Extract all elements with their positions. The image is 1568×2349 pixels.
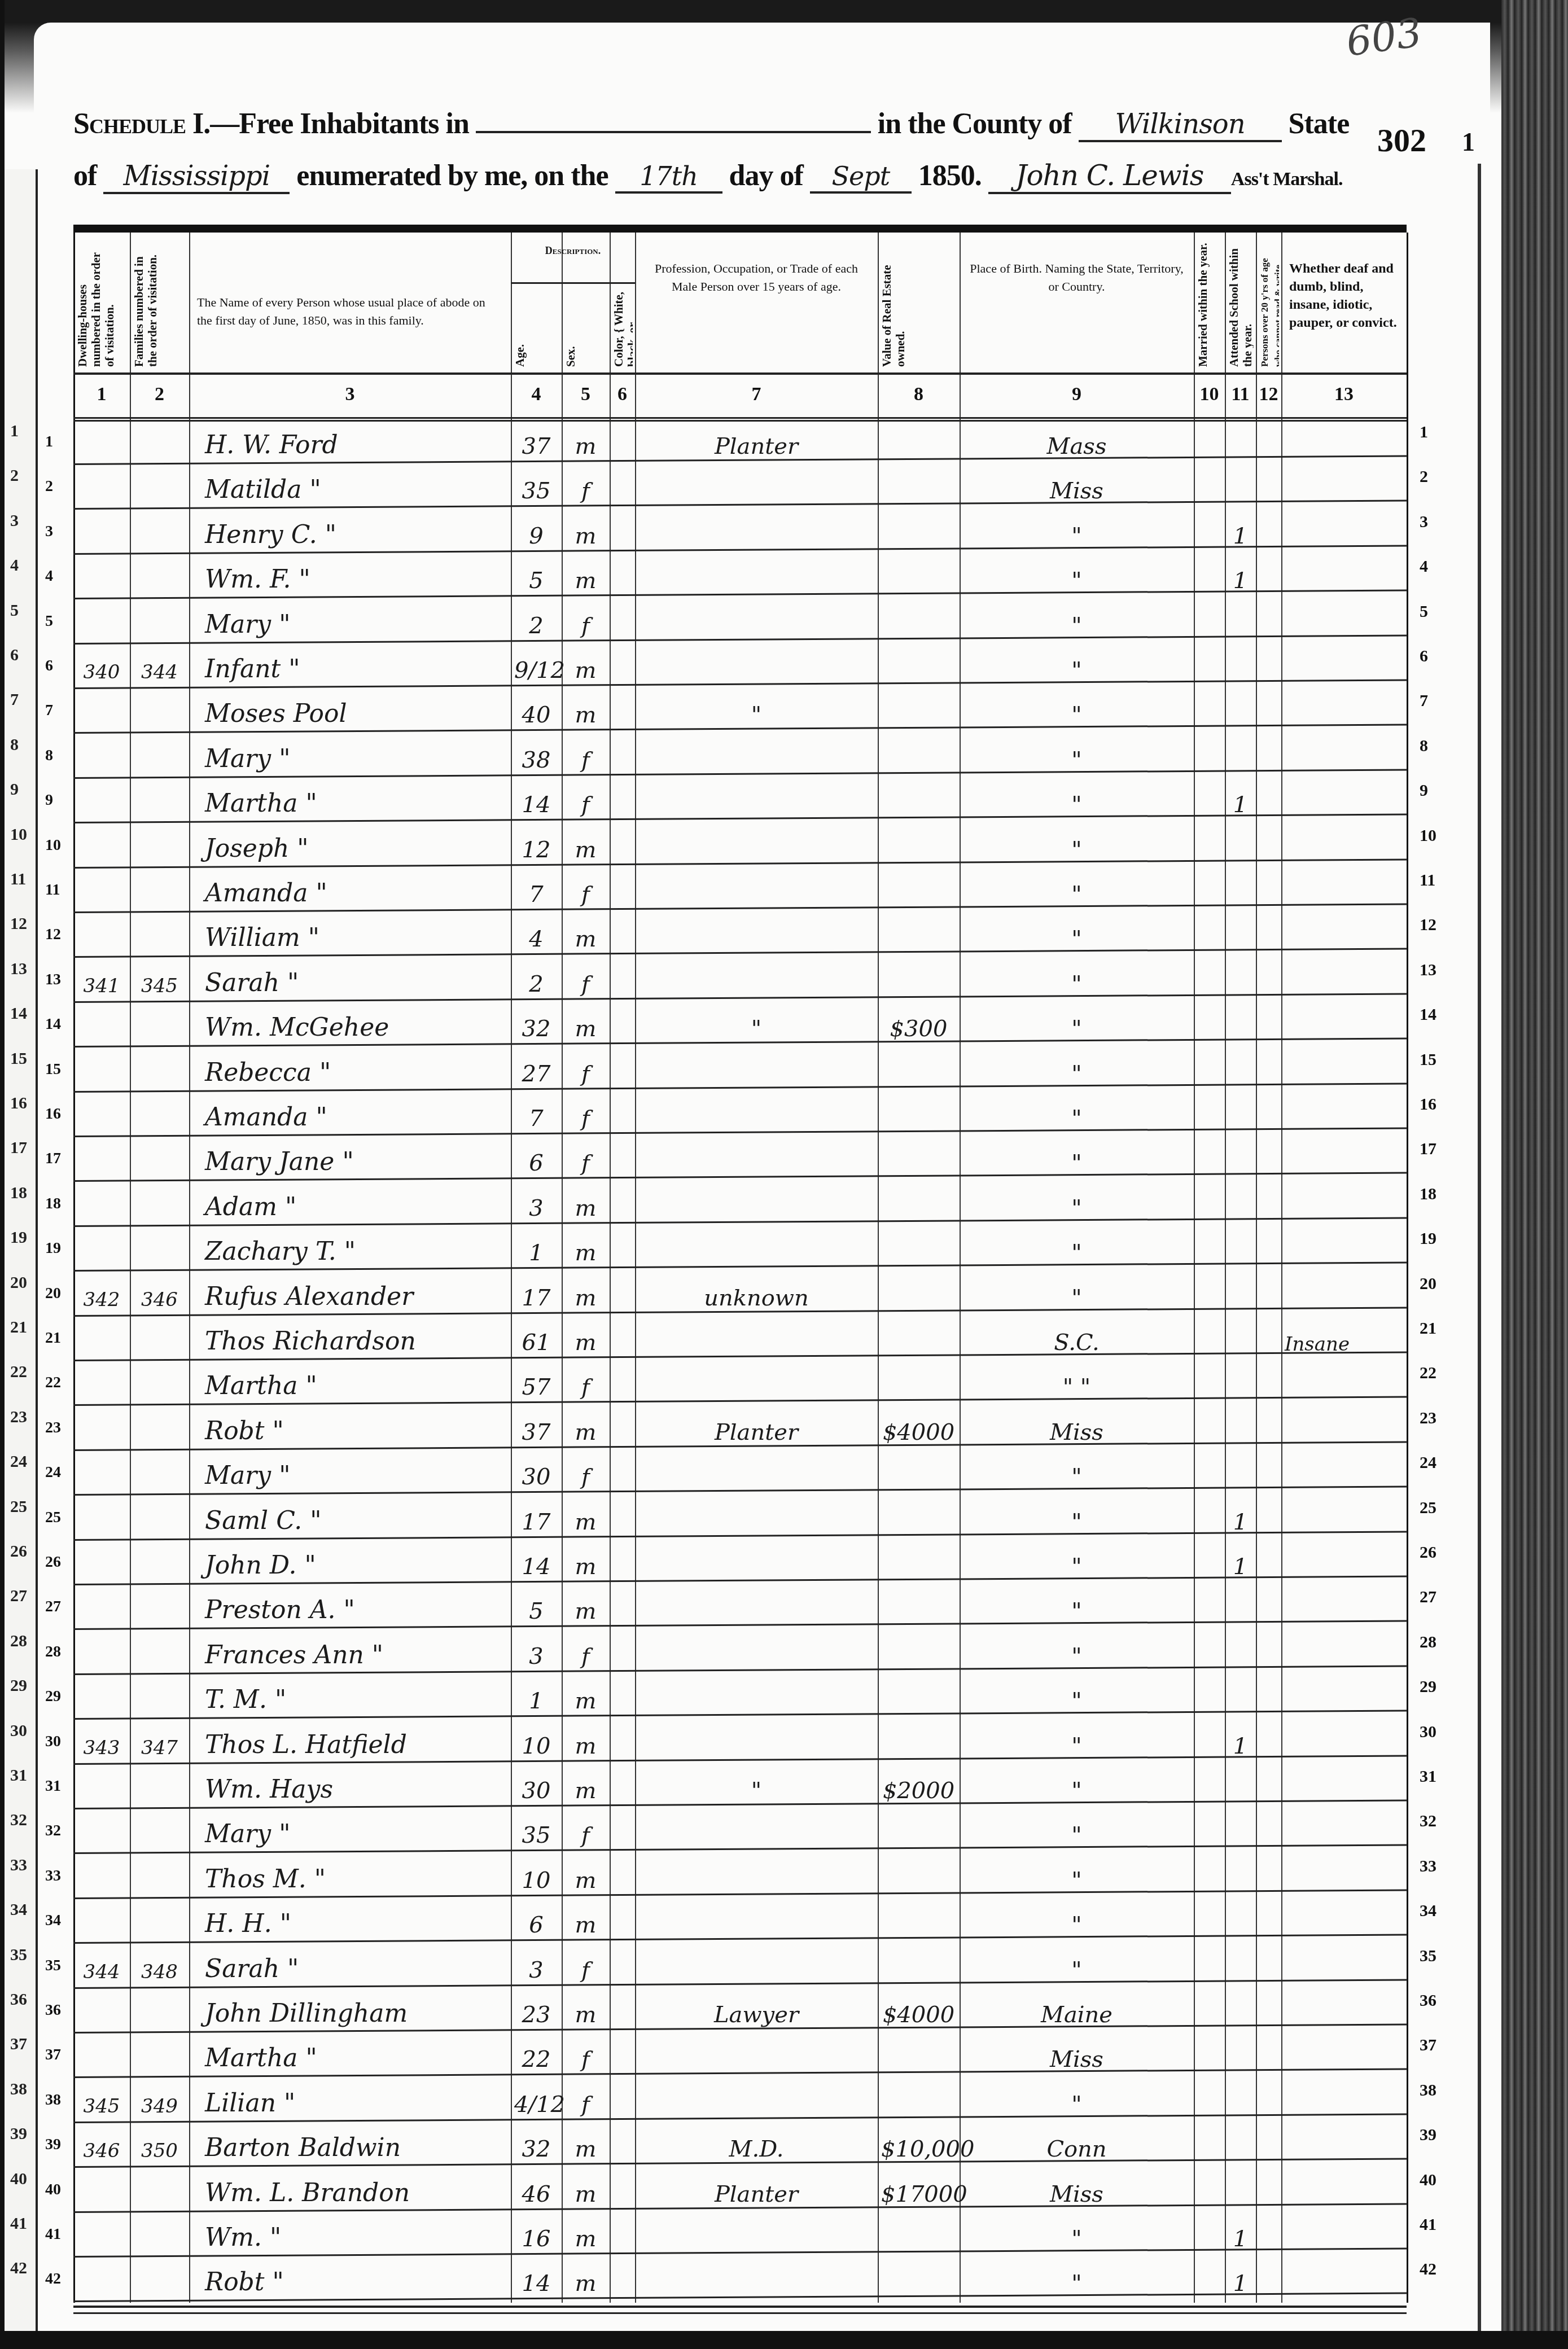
person-name: Amanda " — [192, 1103, 520, 1132]
table-top-rule — [73, 225, 1407, 233]
line-number-right: 27 — [1420, 1588, 1436, 1607]
person-name: Rufus Alexander — [192, 1282, 520, 1311]
place-of-birth: " — [963, 1733, 1190, 1759]
place-of-birth: " — [963, 926, 1190, 952]
family-number: 344 — [133, 661, 186, 683]
table-row: Mary Jane "6f" — [73, 1137, 1407, 1182]
line-number-left: 24 — [45, 1463, 61, 1482]
right-margin-rule — [1478, 164, 1481, 2331]
table-row: Zachary T. "1m" — [73, 1227, 1407, 1272]
previous-page-line-number: 27 — [10, 1587, 27, 1606]
person-name: Henry C. " — [192, 520, 520, 549]
sex: m — [565, 2226, 606, 2252]
person-name: Saml C. " — [192, 1506, 520, 1535]
place-of-birth: Miss — [963, 2046, 1190, 2072]
line-number-left: 16 — [45, 1105, 61, 1123]
place-of-birth: " — [963, 1150, 1190, 1176]
state-label: State — [1289, 108, 1350, 140]
sex: m — [565, 1912, 606, 1938]
line-number-left: 1 — [45, 433, 53, 451]
sex: m — [565, 926, 606, 952]
right-binding-edge — [1501, 0, 1568, 2349]
line-number-left: 23 — [45, 1419, 61, 1437]
line-number-left: 27 — [45, 1598, 61, 1616]
place-of-birth: Miss — [963, 2181, 1190, 2207]
place-of-birth: Miss — [963, 1419, 1190, 1445]
previous-page-line-number: 10 — [10, 825, 27, 844]
previous-page-line-number: 2 — [10, 466, 19, 485]
person-name: Mary " — [192, 744, 520, 773]
line-number-right: 15 — [1420, 1050, 1436, 1070]
line-number-left: 18 — [45, 1195, 61, 1213]
sex: f — [565, 478, 606, 504]
line-number-right: 41 — [1420, 2215, 1436, 2234]
age: 3 — [514, 1195, 558, 1221]
person-name: Wm. L. Brandon — [192, 2179, 520, 2207]
sex: f — [565, 792, 606, 818]
occupation: Lawyer — [638, 2002, 874, 2028]
person-name: Robt " — [192, 1417, 520, 1445]
family-number: 347 — [133, 1737, 186, 1759]
line-number-left: 11 — [45, 881, 60, 899]
table-row: Matilda "35fMiss — [73, 465, 1407, 510]
county-field: Wilkinson — [1079, 108, 1282, 142]
table-row: Amanda "7f" — [73, 869, 1407, 913]
person-name: Thos L. Hatfield — [192, 1730, 520, 1759]
previous-page-line-number: 21 — [10, 1318, 27, 1337]
line-number-right: 2 — [1420, 467, 1428, 487]
place-of-birth: " — [963, 1912, 1190, 1938]
occupation: " — [638, 1016, 874, 1042]
day-field: 17th — [615, 161, 722, 194]
line-number-right: 35 — [1420, 1947, 1436, 1966]
previous-page-line-number: 5 — [10, 601, 19, 620]
place-of-birth: " — [963, 523, 1190, 549]
line-number-right: 3 — [1420, 512, 1428, 532]
age: 17 — [514, 1285, 558, 1311]
sex: f — [565, 971, 606, 997]
sex: m — [565, 1195, 606, 1221]
table-row: Wm. Hays30m"$2000" — [73, 1765, 1407, 1809]
sex: f — [565, 613, 606, 639]
place-of-birth: " — [963, 1778, 1190, 1804]
enumerated-label: enumerated by me, on the — [296, 160, 608, 192]
person-name: Matilda " — [192, 475, 520, 504]
occupation: " — [638, 702, 874, 728]
schedule-label: Schedule I. — [73, 108, 210, 140]
table-row: Martha "57f" " — [73, 1361, 1407, 1406]
occupation: Planter — [638, 1419, 874, 1445]
real-estate-value: $17000 — [881, 2181, 956, 2207]
family-number: 348 — [133, 1961, 186, 1983]
person-name: Mary " — [192, 1461, 520, 1490]
line-number-left: 21 — [45, 1329, 61, 1347]
age: 9/12 — [514, 658, 558, 683]
line-number-left: 13 — [45, 971, 61, 989]
sex: f — [565, 1957, 606, 1983]
real-estate-value: $300 — [881, 1016, 956, 1042]
table-row: Mary "35f" — [73, 1809, 1407, 1854]
condition-remark: Insane — [1285, 1333, 1403, 1356]
place-of-birth: " — [963, 613, 1190, 639]
sex: f — [565, 747, 606, 773]
sex: m — [565, 1778, 606, 1804]
line-number-right: 29 — [1420, 1677, 1436, 1697]
column-number-8: 8 — [878, 384, 960, 405]
previous-page-line-number: 25 — [10, 1497, 27, 1517]
line-number-right: 1 — [1420, 423, 1428, 442]
line-number-right: 18 — [1420, 1185, 1436, 1204]
line-number-left: 20 — [45, 1285, 61, 1303]
table-row: H. H. "6m" — [73, 1899, 1407, 1944]
occupation: M.D. — [638, 2136, 874, 2162]
column-number-12: 12 — [1256, 384, 1281, 405]
sex: m — [565, 568, 606, 594]
place-of-birth: " — [963, 1240, 1190, 1266]
table-row: Rebecca "27f" — [73, 1048, 1407, 1093]
table-row: Mary "38f" — [73, 734, 1407, 779]
table-row: H. W. Ford37mPlanterMass — [73, 420, 1407, 465]
previous-page-line-number: 36 — [10, 1990, 27, 2009]
previous-page-line-number: 35 — [10, 1945, 27, 1965]
line-number-right: 34 — [1420, 1901, 1436, 1921]
sex: m — [565, 837, 606, 863]
line-number-left: 39 — [45, 2136, 61, 2154]
line-number-left: 3 — [45, 523, 53, 541]
table-row: Adam "3m" — [73, 1182, 1407, 1227]
table-row: Martha "14f"1 — [73, 779, 1407, 823]
age: 2 — [514, 613, 558, 639]
sex: m — [565, 1598, 606, 1624]
person-name: John D. " — [192, 1551, 520, 1580]
previous-page-line-number: 33 — [10, 1856, 27, 1875]
age: 16 — [514, 2226, 558, 2252]
family-number: 346 — [133, 1289, 186, 1311]
previous-page-line-number: 9 — [10, 780, 19, 799]
previous-page-line-number: 31 — [10, 1766, 27, 1785]
sex: f — [565, 1644, 606, 1669]
age: 22 — [514, 2046, 558, 2072]
age: 6 — [514, 1912, 558, 1938]
table-row: Wm. L. Brandon46mPlanter$17000Miss — [73, 2168, 1407, 2213]
marshal-label: Ass't Marshal. — [1231, 169, 1343, 190]
line-number-left: 6 — [45, 657, 53, 675]
previous-page-line-number: 1 — [10, 422, 19, 441]
column-number-6: 6 — [610, 384, 635, 405]
age: 38 — [514, 747, 558, 773]
table-row: Robt "37mPlanter$4000Miss — [73, 1406, 1407, 1451]
line-number-left: 10 — [45, 836, 61, 854]
place-of-birth: " — [963, 568, 1190, 594]
table-row: Mary "2f" — [73, 600, 1407, 645]
table-row: William "4m" — [73, 913, 1407, 958]
person-name: Barton Baldwin — [192, 2133, 520, 2162]
line-number-right: 9 — [1420, 781, 1428, 800]
line-number-right: 24 — [1420, 1453, 1436, 1472]
age: 5 — [514, 568, 558, 594]
place-of-birth: " — [963, 1106, 1190, 1132]
day-of-label: day of — [729, 160, 803, 192]
previous-page-line-number: 28 — [10, 1632, 27, 1651]
line-number-right: 4 — [1420, 557, 1428, 576]
column-number-9: 9 — [960, 384, 1194, 405]
sex: f — [565, 1061, 606, 1087]
place-of-birth: " — [963, 1285, 1190, 1311]
place-of-birth: " — [963, 1822, 1190, 1848]
age: 37 — [514, 1419, 558, 1445]
sex: f — [565, 1374, 606, 1400]
month-field: Sept — [810, 161, 912, 194]
place-of-birth: " — [963, 747, 1190, 773]
line-number-left: 32 — [45, 1822, 61, 1840]
person-name: Robt " — [192, 2268, 520, 2297]
line-number-left: 42 — [45, 2270, 61, 2288]
of-label: of — [73, 160, 97, 192]
dwelling-number: 345 — [77, 2095, 126, 2118]
line-number-left: 4 — [45, 567, 53, 585]
place-of-birth: " — [963, 1464, 1190, 1490]
age: 14 — [514, 2271, 558, 2297]
sex: f — [565, 1822, 606, 1848]
column-header-5: Sex. — [564, 288, 607, 367]
previous-page-line-number: 3 — [10, 511, 19, 531]
age: 32 — [514, 2136, 558, 2162]
age: 35 — [514, 1822, 558, 1848]
column-header-4: Age. — [513, 288, 559, 367]
age: 17 — [514, 1509, 558, 1535]
sex: m — [565, 1285, 606, 1311]
sex: m — [565, 1016, 606, 1042]
place-of-birth: " — [963, 2092, 1190, 2118]
line-number-right: 33 — [1420, 1857, 1436, 1876]
previous-page-line-number: 15 — [10, 1049, 27, 1068]
age: 6 — [514, 1150, 558, 1176]
column-number-10: 10 — [1194, 384, 1225, 405]
person-name: T. M. " — [192, 1685, 520, 1714]
line-number-right: 6 — [1420, 647, 1428, 666]
previous-page-line-number: 30 — [10, 1721, 27, 1741]
dwelling-number: 344 — [77, 1961, 126, 1983]
person-name: Lilian " — [192, 2089, 520, 2118]
previous-page-line-number: 17 — [10, 1138, 27, 1158]
column-header-7: Profession, Occupation, or Trade of each… — [643, 260, 870, 296]
family-number: 349 — [133, 2095, 186, 2118]
attended-school: 1 — [1228, 2271, 1252, 2297]
schedule-title-line-2: of Mississippi enumerated by me, on the … — [73, 159, 1342, 194]
previous-page-line-number: 26 — [10, 1542, 27, 1561]
person-name: Adam " — [192, 1193, 520, 1221]
stamped-page-number: 302 — [1377, 121, 1426, 159]
line-number-right: 7 — [1420, 691, 1428, 711]
line-number-right: 26 — [1420, 1543, 1436, 1562]
person-name: H. H. " — [192, 1909, 520, 1938]
column-number-4: 4 — [511, 384, 562, 405]
table-bottom-rule — [73, 2306, 1407, 2314]
line-number-right: 23 — [1420, 1409, 1436, 1428]
state-field: Mississippi — [103, 160, 290, 194]
previous-page-strip — [5, 169, 38, 2349]
column-header-9: Place of Birth. Naming the State, Territ… — [967, 260, 1186, 296]
sex: m — [565, 1868, 606, 1894]
line-number-left: 7 — [45, 702, 53, 720]
scan-bottom-shadow — [0, 2331, 1568, 2349]
sex: m — [565, 2181, 606, 2207]
attended-school: 1 — [1228, 568, 1252, 594]
line-number-right: 38 — [1420, 2081, 1436, 2100]
age: 27 — [514, 1061, 558, 1087]
table-row: 346350Barton Baldwin32mM.D.$10,000Conn — [73, 2123, 1407, 2168]
place-of-birth: " — [963, 1061, 1190, 1087]
place-of-birth: " — [963, 1509, 1190, 1535]
line-number-right: 13 — [1420, 961, 1436, 980]
column-header-13: Whether deaf and dumb, blind, insane, id… — [1289, 260, 1399, 332]
line-number-right: 36 — [1420, 1991, 1436, 2010]
table-row: 342346Rufus Alexander17munknown" — [73, 1272, 1407, 1317]
column-number-5: 5 — [562, 384, 610, 405]
previous-page-line-number: 24 — [10, 1452, 27, 1471]
line-number-right: 39 — [1420, 2126, 1436, 2145]
family-number: 350 — [133, 2140, 186, 2162]
age: 14 — [514, 1554, 558, 1580]
age: 1 — [514, 1240, 558, 1266]
sex: m — [565, 1733, 606, 1759]
person-name: Wm. McGehee — [192, 1013, 520, 1042]
person-name: Moses Pool — [192, 699, 520, 728]
column-header-6: Color, { White, black, or mulatto. — [612, 288, 633, 367]
line-number-right: 22 — [1420, 1364, 1436, 1383]
line-number-right: 12 — [1420, 915, 1436, 935]
place-of-birth: Miss — [963, 478, 1190, 504]
line-number-left: 28 — [45, 1643, 61, 1661]
age: 1 — [514, 1688, 558, 1714]
line-number-right: 28 — [1420, 1633, 1436, 1652]
corner-number: 1 — [1462, 127, 1475, 157]
attended-school: 1 — [1228, 1554, 1252, 1580]
person-name: Infant " — [192, 655, 520, 683]
dwelling-number: 343 — [77, 1737, 126, 1759]
column-number-bottom-rule — [73, 417, 1407, 419]
line-number-left: 15 — [45, 1060, 61, 1079]
table-row: Henry C. "9m"1 — [73, 510, 1407, 555]
sex: f — [565, 882, 606, 908]
place-of-birth: " — [963, 1554, 1190, 1580]
person-name: Sarah " — [192, 1954, 520, 1983]
sex: m — [565, 433, 606, 459]
previous-page-line-number: 34 — [10, 1900, 27, 1919]
line-number-left: 19 — [45, 1239, 61, 1257]
person-name: H. W. Ford — [192, 431, 520, 459]
sex: m — [565, 2002, 606, 2028]
column-divider — [1407, 233, 1408, 2303]
column-number-11: 11 — [1225, 384, 1256, 405]
age: 10 — [514, 1868, 558, 1894]
table-row: Wm. "16m"1 — [73, 2213, 1407, 2258]
age: 7 — [514, 882, 558, 908]
age: 10 — [514, 1733, 558, 1759]
column-header-2: Families numbered in the order of visita… — [132, 240, 187, 367]
previous-page-line-number: 42 — [10, 2259, 27, 2278]
table-row: Moses Pool40m"" — [73, 689, 1407, 734]
person-name: Amanda " — [192, 879, 520, 908]
line-number-left: 41 — [45, 2225, 61, 2243]
table-row: 340344Infant "9/12m" — [73, 645, 1407, 689]
sex: m — [565, 1419, 606, 1445]
place-field — [476, 131, 871, 133]
free-inhabitants-label: —Free Inhabitants in — [210, 108, 469, 140]
line-number-left: 38 — [45, 2091, 61, 2109]
person-name: William " — [192, 923, 520, 952]
place-of-birth: " — [963, 882, 1190, 908]
previous-page-line-number: 18 — [10, 1184, 27, 1203]
column-number-1: 1 — [73, 384, 130, 405]
schedule-title-line-1: Schedule I.—Free Inhabitants in in the C… — [73, 107, 1349, 142]
line-number-left: 8 — [45, 747, 53, 765]
table-row: Robt "14m"1 — [73, 2258, 1407, 2302]
place-of-birth: " — [963, 1598, 1190, 1624]
place-of-birth: " — [963, 702, 1190, 728]
line-number-right: 32 — [1420, 1812, 1436, 1831]
place-of-birth: " — [963, 1868, 1190, 1894]
place-of-birth: " — [963, 2271, 1190, 2297]
previous-page-line-number: 7 — [10, 690, 19, 709]
table-row: Saml C. "17m"1 — [73, 1496, 1407, 1541]
age: 7 — [514, 1106, 558, 1132]
age: 23 — [514, 2002, 558, 2028]
previous-page-line-number: 16 — [10, 1094, 27, 1113]
line-number-left: 36 — [45, 2001, 61, 2019]
line-number-right: 21 — [1420, 1319, 1436, 1338]
line-number-left: 31 — [45, 1777, 61, 1795]
page-surface — [34, 23, 1490, 169]
line-number-left: 2 — [45, 477, 53, 496]
line-number-right: 11 — [1420, 871, 1435, 890]
line-number-right: 25 — [1420, 1498, 1436, 1518]
person-name: John Dillingham — [192, 1999, 520, 2028]
line-number-left: 12 — [45, 926, 61, 944]
year-label: 1850. — [918, 160, 982, 192]
line-number-left: 34 — [45, 1912, 61, 1930]
previous-page-line-number: 39 — [10, 2124, 27, 2144]
age: 40 — [514, 702, 558, 728]
line-number-right: 14 — [1420, 1005, 1436, 1024]
attended-school: 1 — [1228, 2226, 1252, 2252]
table-row: Frances Ann "3f" — [73, 1631, 1407, 1675]
sex: m — [565, 1240, 606, 1266]
table-row: Mary "30f" — [73, 1451, 1407, 1496]
place-of-birth: S.C. — [963, 1330, 1190, 1356]
person-name: Martha " — [192, 1371, 520, 1400]
sex: m — [565, 2271, 606, 2297]
place-of-birth: " " — [963, 1374, 1190, 1400]
sex: m — [565, 2136, 606, 2162]
column-number-13: 13 — [1281, 384, 1407, 405]
dwelling-number: 341 — [77, 975, 126, 997]
column-header-11: Attended School within the year. — [1227, 240, 1254, 367]
dwelling-number: 342 — [77, 1289, 126, 1311]
age: 5 — [514, 1598, 558, 1624]
sex: f — [565, 1464, 606, 1490]
line-number-right: 31 — [1420, 1767, 1436, 1786]
line-number-left: 29 — [45, 1688, 61, 1706]
attended-school: 1 — [1228, 1509, 1252, 1535]
line-number-left: 37 — [45, 2046, 61, 2064]
sex: f — [565, 2046, 606, 2072]
place-of-birth: Conn — [963, 2136, 1190, 2162]
age: 30 — [514, 1778, 558, 1804]
previous-page-line-number: 11 — [10, 870, 26, 889]
description-group-label: Description. — [511, 242, 635, 260]
line-number-left: 9 — [45, 791, 53, 809]
